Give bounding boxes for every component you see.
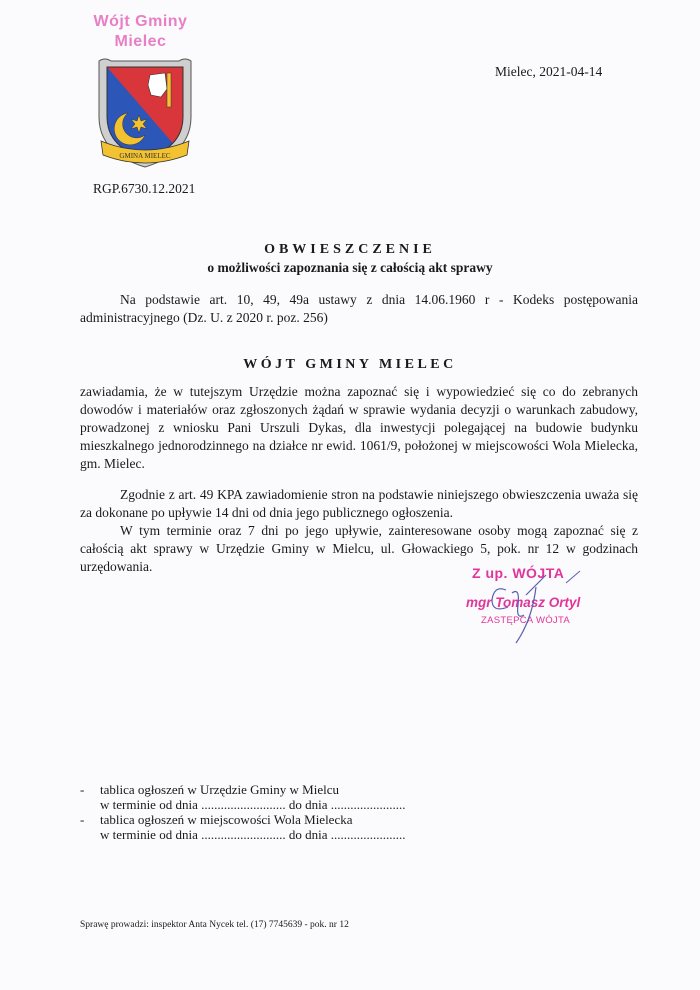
bullet: - [80,782,100,797]
svg-text:GMINA MIELEC: GMINA MIELEC [119,152,170,160]
posting-item: - tablica ogłoszeń w miejscowości Wola M… [80,812,480,827]
case-reference: RGP.6730.12.2021 [93,181,195,197]
posting-place: tablica ogłoszeń w miejscowości Wola Mie… [100,812,353,827]
bullet: - [80,812,100,827]
posting-dates: w terminie od dnia .....................… [80,797,480,812]
coat-of-arms-icon: GMINA MIELEC [95,55,195,170]
posting-list: - tablica ogłoszeń w Urzędzie Gminy w Mi… [80,782,480,842]
signature-stamp: Z up. WÓJTA mgr Tomasz Ortyl ZASTĘPCA WÓ… [446,565,626,645]
place-and-date: Mielec, 2021-04-14 [495,64,602,80]
office-stamp: Wójt Gminy Mielec [78,12,203,52]
notice-title: OBWIESZCZENIE [0,242,700,258]
notice-body: zawiadamia, że w tutejszym Urzędzie możn… [80,383,638,473]
handwritten-signature-icon [446,565,626,645]
stamp-line-2: Mielec [78,32,203,52]
issuing-authority: WÓJT GMINY MIELEC [0,357,700,373]
stamp-line-1: Wójt Gminy [78,12,203,32]
posting-item: - tablica ogłoszeń w Urzędzie Gminy w Mi… [80,782,480,797]
legal-basis: Na podstawie art. 10, 49, 49a ustawy z d… [80,291,638,327]
posting-place: tablica ogłoszeń w Urzędzie Gminy w Miel… [100,782,339,797]
notice-paragraph-2: Zgodnie z art. 49 KPA zawiadomienie stro… [80,486,638,522]
case-officer-contact: Sprawę prowadzi: inspektor Anta Nycek te… [80,920,349,930]
posting-dates: w terminie od dnia .....................… [80,827,480,842]
notice-subtitle: o możliwości zapoznania się z całością a… [0,260,700,276]
